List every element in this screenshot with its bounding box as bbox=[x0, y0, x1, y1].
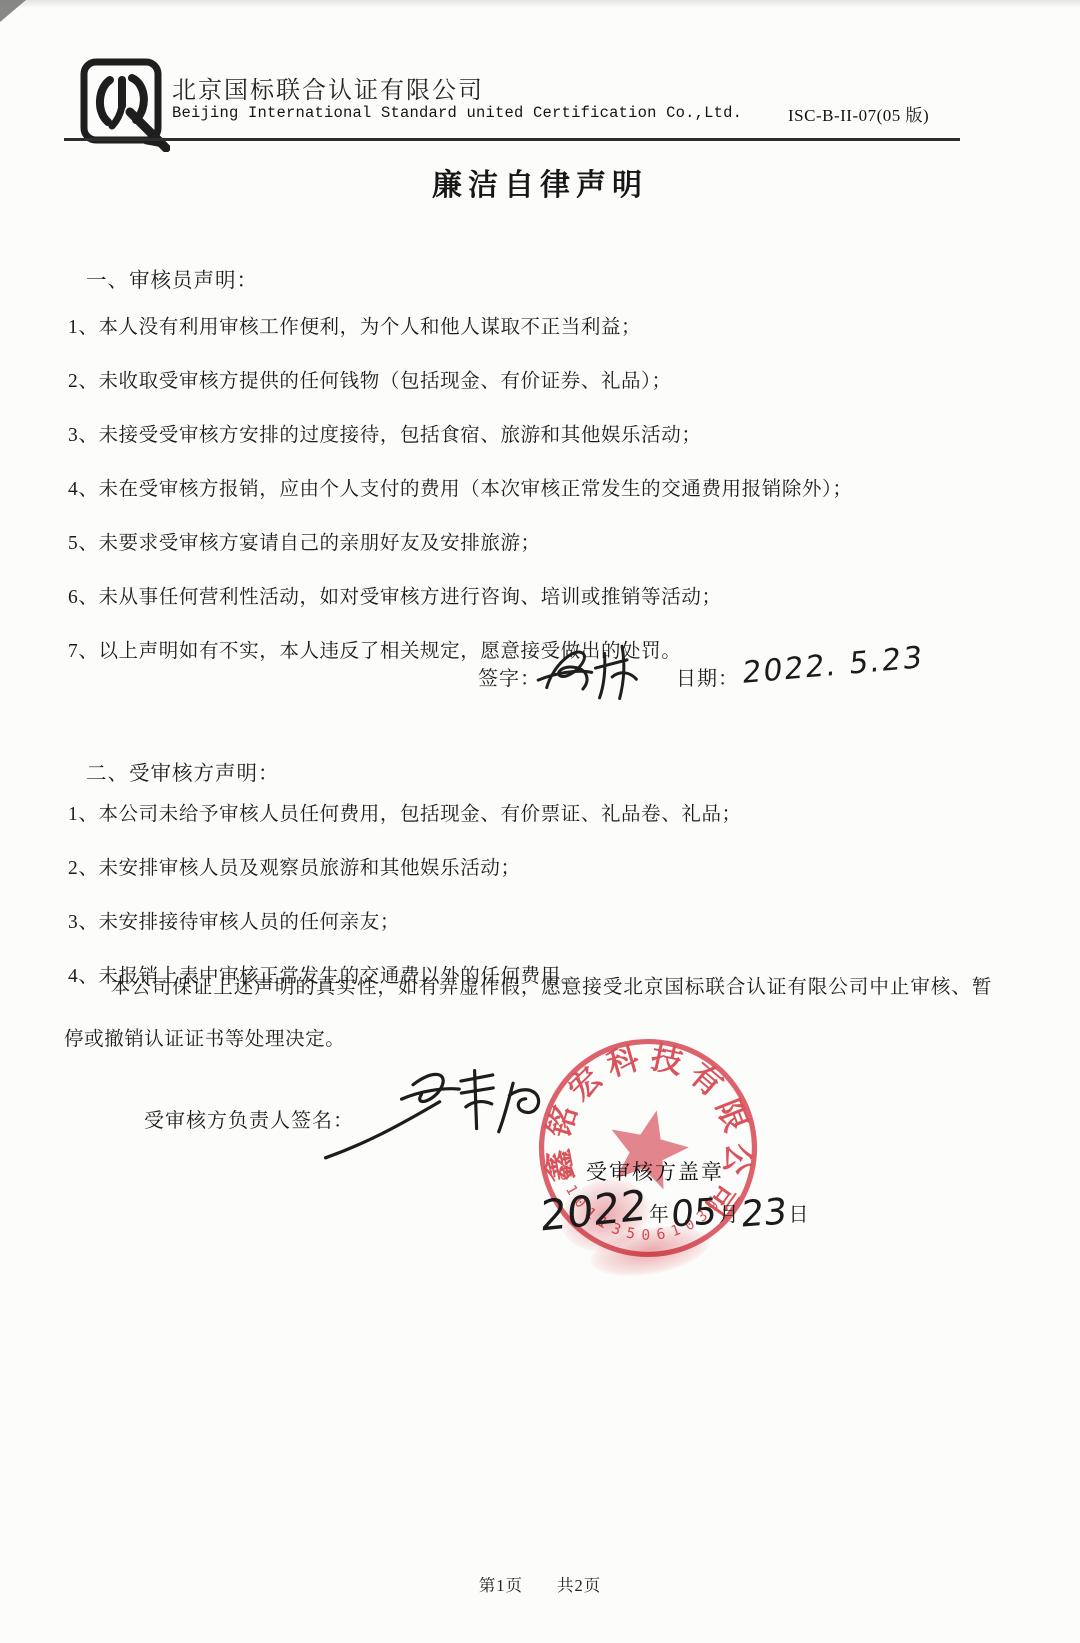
declaration-item: 3、未接受受审核方安排的过度接待，包括食宿、旅游和其他娱乐活动； bbox=[68, 419, 853, 447]
declaration-item: 1、本公司未给予审核人员任何费用，包括现金、有价票证、礼品卷、礼品； bbox=[68, 798, 742, 826]
seal-caption: 受审核方盖章 bbox=[586, 1156, 724, 1186]
scan-edge-shade bbox=[0, 0, 1080, 8]
section1-heading: 一、审核员声明： bbox=[86, 263, 258, 293]
declaration-item: 5、未要求受审核方宴请自己的亲朋好友及安排旅游； bbox=[68, 527, 853, 555]
header-rule bbox=[64, 138, 960, 141]
date-month: 05 bbox=[670, 1191, 719, 1235]
declaration-item: 3、未安排接待审核人员的任何亲友； bbox=[68, 906, 742, 934]
page-number: 第1页 bbox=[479, 1576, 523, 1595]
date-year-unit: 年 bbox=[649, 1198, 669, 1227]
auditee-handwritten-signature bbox=[316, 1046, 552, 1177]
date-day: 23 bbox=[739, 1191, 788, 1235]
company-name-cn: 北京国标联合认证有限公司 bbox=[172, 70, 484, 105]
declaration-item: 6、未从事任何营利性活动，如对受审核方进行咨询、培训或推销等活动； bbox=[68, 581, 853, 609]
declaration-item: 2、未安排审核人员及观察员旅游和其他娱乐活动； bbox=[68, 852, 742, 880]
page-footer: 第1页共2页 bbox=[0, 1572, 1080, 1596]
section2-items: 1、本公司未给予审核人员任何费用，包括现金、有价票证、礼品卷、礼品； 2、未安排… bbox=[68, 798, 742, 988]
scanned-document-page: 北京国标联合认证有限公司 Beijing International Stand… bbox=[0, 0, 1080, 1643]
section1-items: 1、本人没有利用审核工作便利，为个人和他人谋取不正当利益； 2、未收取受审核方提… bbox=[68, 311, 853, 663]
document-code: ISC-B-II-07(05 版) bbox=[788, 101, 929, 126]
declaration-item: 7、以上声明如有不实，本人违反了相关规定，愿意接受做出的处罚。 bbox=[68, 635, 853, 663]
date-day-unit: 日 bbox=[789, 1198, 809, 1227]
declaration-item: 4、未在受审核方报销，应由个人支付的费用（本次审核正常发生的交通费用报销除外）； bbox=[68, 473, 853, 501]
declaration-item: 2、未收取受审核方提供的任何钱物（包括现金、有价证券、礼品）； bbox=[68, 365, 853, 393]
auditee-handwritten-date: 2022 年 05 月 23 日 bbox=[540, 1186, 811, 1250]
company-name-en: Beijing International Standard united Ce… bbox=[172, 104, 742, 122]
auditor-date-label: 日期： bbox=[676, 662, 739, 691]
date-year: 2022 bbox=[539, 1180, 647, 1241]
date-month-unit: 月 bbox=[719, 1198, 739, 1227]
declaration-item: 1、本人没有利用审核工作便利，为个人和他人谋取不正当利益； bbox=[68, 311, 853, 339]
section2-heading: 二、受审核方声明： bbox=[86, 756, 280, 786]
auditor-handwritten-signature bbox=[529, 632, 664, 720]
document-title: 廉洁自律声明 bbox=[0, 160, 1080, 204]
page-total: 共2页 bbox=[557, 1576, 601, 1595]
